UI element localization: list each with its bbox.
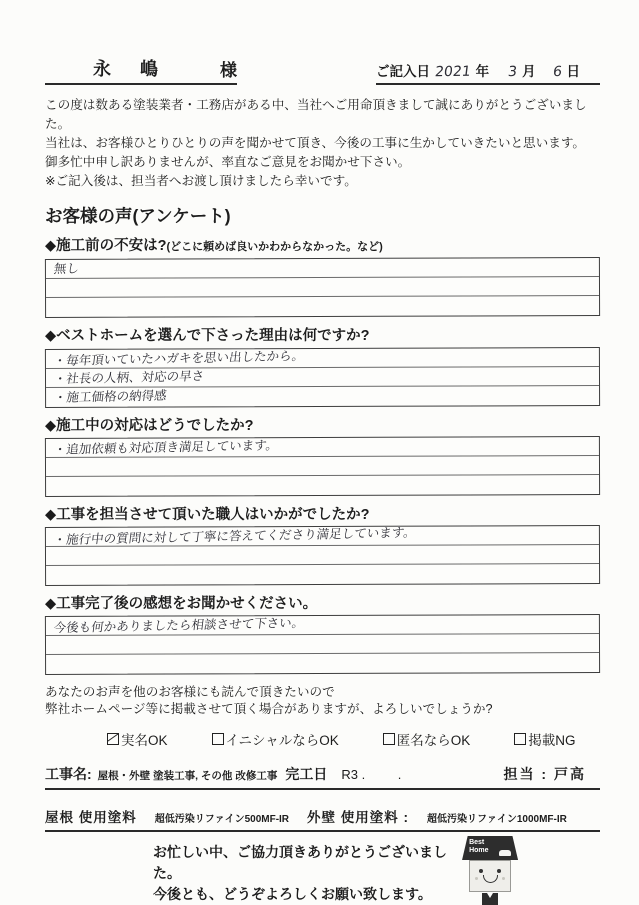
question-note: (どこに頼めば良いかわからなかった。など) xyxy=(167,241,383,253)
question-text: ◆ベストホームを選んで下さった理由は何ですか? xyxy=(45,328,370,344)
question-label: ◆施工前の不安は?(どこに頼めば良いかわからなかった。など) xyxy=(45,237,600,256)
work-name-value: 屋根・外壁 塗装工事, その他 改修工事 xyxy=(98,768,278,783)
mascot-smile-icon xyxy=(483,875,498,883)
answer-box: 今後も何かありましたら相談させて下さい。 xyxy=(45,614,600,675)
intro-line: ※ご記入後は、担当者へお渡し頂けましたら幸いです。 xyxy=(45,172,600,191)
answer-row: 今後も何かありましたら相談させて下さい。 xyxy=(46,615,599,636)
closing-text: お忙しい中、ご協力頂きありがとうございました。 今後とも、どうぞよろしくお願い致… xyxy=(153,842,459,905)
year-suffix: 年 xyxy=(476,60,490,80)
answer-row xyxy=(46,277,599,298)
staff-in-charge: 担当 : 戸高 xyxy=(504,764,586,784)
consent-option-label: 掲載NG xyxy=(528,729,575,749)
customer-name-field: 永 嶋 様 xyxy=(45,55,237,85)
day-suffix: 日 xyxy=(566,60,580,80)
checkbox-icon xyxy=(514,733,526,745)
date-day-handwritten: 6 xyxy=(547,64,568,80)
answer-row: ・社長の人柄、対応の早さ xyxy=(46,367,599,388)
question-label: ◆工事完了後の感想をお聞かせください。 xyxy=(45,595,600,613)
answer-box: 無し xyxy=(45,257,600,318)
scanned-survey-page: 永 嶋 様 ご記入日 2021 年 3 月 6 日 この度は数ある塗装業者・工務… xyxy=(0,0,639,905)
question-label: ◆施工中の対応はどうでしたか? xyxy=(45,417,600,435)
consent-line: あなたのお声を他のお客様にも読んで頂きたいので xyxy=(45,684,600,701)
month-suffix: 月 xyxy=(522,60,536,80)
checkbox-icon xyxy=(107,733,119,745)
handwritten-answer: 今後も何かありましたら相談させて下さい。 xyxy=(53,615,306,636)
checkbox-icon xyxy=(212,733,224,745)
header: 永 嶋 様 ご記入日 2021 年 3 月 6 日 xyxy=(45,55,600,85)
date-field: ご記入日 2021 年 3 月 6 日 xyxy=(376,60,600,85)
answer-row: ・毎年頂いていたハガキを思い出したから。 xyxy=(46,348,599,369)
question-block-3: ◆施工中の対応はどうでしたか? ・追加依頼も対応頂き満足しています。 xyxy=(45,417,600,496)
question-label: ◆ベストホームを選んで下さった理由は何ですか? xyxy=(45,327,600,346)
answer-row xyxy=(46,456,599,477)
handwritten-answer: ・施工価格の納得感 xyxy=(53,387,168,407)
answer-row xyxy=(46,634,599,655)
consent-options: 実名OK イニシャルならOK 匿名ならOK 掲載NG xyxy=(45,729,600,749)
mascot-roof: Best Home xyxy=(462,836,518,860)
answer-row: ・施行中の質問に対して丁寧に答えてくださり満足しています。 xyxy=(46,526,599,547)
question-block-1: ◆施工前の不安は?(どこに頼めば良いかわからなかった。など) 無し xyxy=(45,237,600,317)
work-name-row: 工事名: 屋根・外壁 塗装工事, その他 改修工事 完工日 R3 . . 担当 … xyxy=(45,764,600,790)
answer-row: 無し xyxy=(46,258,599,279)
consent-option-label: イニシャルならOK xyxy=(226,729,339,749)
mascot-body xyxy=(482,893,498,905)
question-block-4: ◆工事を担当させて頂いた職人はいかがでしたか? ・施行中の質問に対して丁寧に答え… xyxy=(45,506,600,585)
consent-text: あなたのお声を他のお客様にも読んで頂きたいので 弊社ホームページ等に掲載させて頂… xyxy=(45,684,600,718)
roof-paint-value: 超低汚染リファイン500MF-IR xyxy=(155,810,289,825)
intro-line: この度は数ある塗装業者・工務店がある中、当社へご用命頂きまして誠にありがとうござ… xyxy=(45,96,600,134)
consent-option-anonymous: 匿名ならOK xyxy=(383,729,471,749)
wall-paint-value: 超低汚染リファイン1000MF-IR xyxy=(427,810,567,825)
answer-row xyxy=(46,564,599,585)
honorific-label: 様 xyxy=(220,56,237,81)
answer-box: ・毎年頂いていたハガキを思い出したから。 ・社長の人柄、対応の早さ ・施工価格の… xyxy=(45,347,600,408)
mascot-cheek-icon xyxy=(502,877,505,880)
answer-row: ・追加依頼も対応頂き満足しています。 xyxy=(46,437,599,458)
paint-row: 屋根 使用塗料 超低汚染リファイン500MF-IR 外壁 使用塗料 : 超低汚染… xyxy=(45,806,600,832)
handwritten-answer: ・社長の人柄、対応の早さ xyxy=(53,367,206,388)
mascot-brand-text: Best Home xyxy=(469,839,495,855)
mascot-eye-icon xyxy=(479,869,483,873)
best-home-mascot-logo: Best Home xyxy=(459,836,518,905)
question-label: ◆工事を担当させて頂いた職人はいかがでしたか? xyxy=(45,506,600,524)
question-text: ◆施工中の対応はどうでしたか? xyxy=(45,418,254,434)
answer-box: ・追加依頼も対応頂き満足しています。 xyxy=(45,436,600,497)
answer-row xyxy=(46,653,599,674)
intro-line: 御多忙中申し訳ありませんが、率直なご意見をお聞かせ下さい。 xyxy=(45,153,600,172)
consent-option-realname: 実名OK xyxy=(107,729,168,749)
handwritten-answer: ・追加依頼も対応頂き満足しています。 xyxy=(53,437,280,458)
answer-row: ・施工価格の納得感 xyxy=(46,386,599,407)
mascot-house-icon xyxy=(499,850,511,856)
answer-row xyxy=(46,475,599,496)
consent-line: 弊社ホームページ等に掲載させて頂く場合がありますが、よろしいでしょうか? xyxy=(45,701,600,718)
mascot-cheek-icon xyxy=(475,877,478,880)
completion-date-label: 完工日 xyxy=(285,764,327,784)
mascot-eye-icon xyxy=(497,869,501,873)
date-label: ご記入日 xyxy=(376,60,430,80)
roof-paint-label: 屋根 使用塗料 xyxy=(45,806,137,826)
consent-option-initial: イニシャルならOK xyxy=(212,729,339,749)
completion-date-value: R3 . . xyxy=(341,767,401,782)
closing-line: お忙しい中、ご協力頂きありがとうございました。 xyxy=(153,842,459,884)
wall-paint-label: 外壁 使用塗料 : xyxy=(307,806,409,826)
question-text: ◆工事完了後の感想をお聞かせください。 xyxy=(45,596,317,612)
answer-row xyxy=(46,296,599,317)
answer-row xyxy=(46,545,599,566)
question-text: ◆工事を担当させて頂いた職人はいかがでしたか? xyxy=(45,507,370,523)
handwritten-answer: ・毎年頂いていたハガキを思い出したから。 xyxy=(53,348,306,369)
intro-paragraph: この度は数ある塗装業者・工務店がある中、当社へご用命頂きまして誠にありがとうござ… xyxy=(45,96,600,191)
customer-name: 永 嶋 xyxy=(93,55,170,81)
consent-option-label: 実名OK xyxy=(121,729,168,749)
intro-line: 当社は、お客様ひとりひとりの声を聞かせて頂き、今後の工事に生かしていきたいと思い… xyxy=(45,134,600,153)
date-month-handwritten: 3 xyxy=(502,64,523,80)
question-block-5: ◆工事完了後の感想をお聞かせください。 今後も何かありましたら相談させて下さい。 xyxy=(45,595,600,674)
question-block-2: ◆ベストホームを選んで下さった理由は何ですか? ・毎年頂いていたハガキを思い出し… xyxy=(45,327,600,407)
handwritten-answer: 無し xyxy=(53,260,80,279)
consent-option-ng: 掲載NG xyxy=(514,729,575,749)
survey-title: お客様の声(アンケート) xyxy=(45,203,600,228)
question-text: ◆施工前の不安は? xyxy=(45,238,167,254)
handwritten-answer: ・施行中の質問に対して丁寧に答えてくださり満足しています。 xyxy=(52,526,416,547)
answer-box: ・施行中の質問に対して丁寧に答えてくださり満足しています。 xyxy=(45,525,600,586)
date-year-handwritten: 2021 xyxy=(429,64,477,81)
work-name-label: 工事名: xyxy=(45,764,92,784)
closing-line: 今後とも、どうぞよろしくお願い致します。 xyxy=(153,884,459,905)
closing-section: お忙しい中、ご協力頂きありがとうございました。 今後とも、どうぞよろしくお願い致… xyxy=(45,842,600,905)
mascot-face xyxy=(469,860,511,892)
consent-option-label: 匿名ならOK xyxy=(397,729,471,749)
checkbox-icon xyxy=(383,733,395,745)
